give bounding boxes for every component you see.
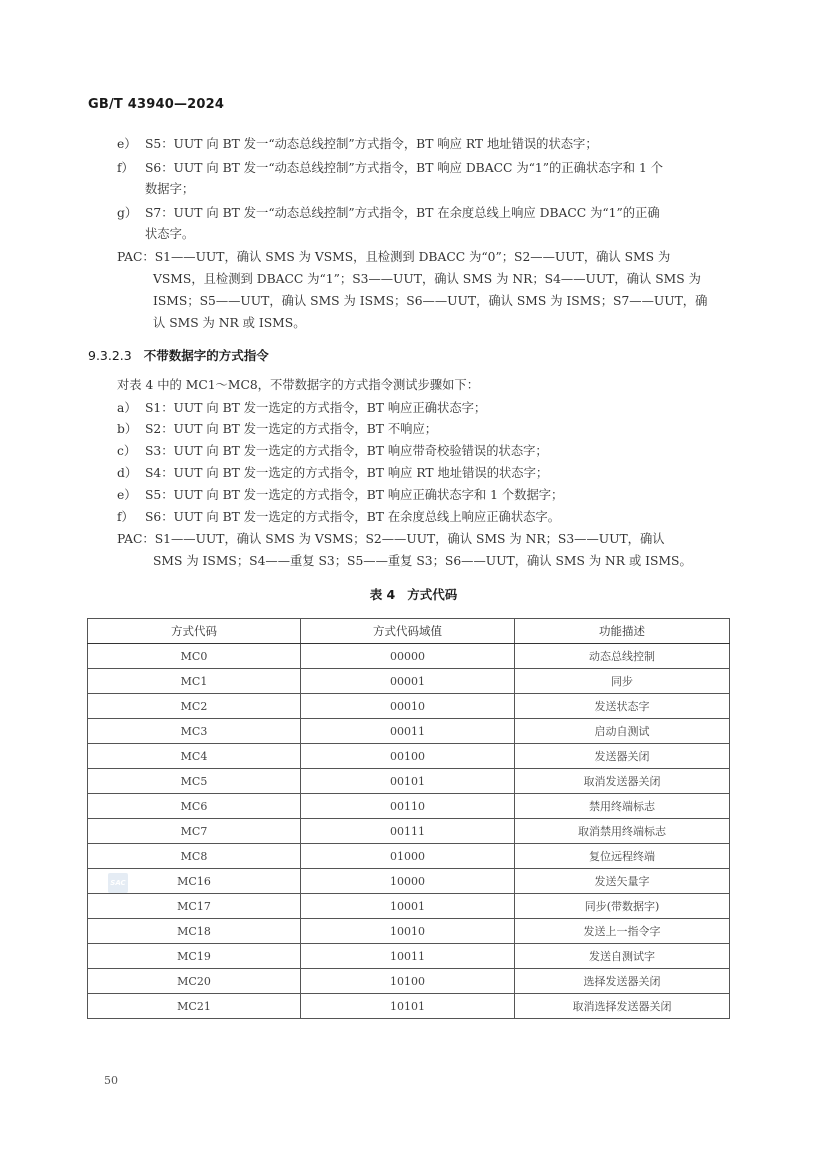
cell-code: MC5 (88, 769, 301, 794)
cell-code: MC17 (88, 894, 301, 919)
table-row: MC1810010发送上一指令字 (88, 919, 730, 944)
cell-code: MC21 (88, 994, 301, 1019)
list-label: f） (117, 509, 145, 525)
cell-value: 00110 (301, 794, 515, 819)
list-item-d: d）S4：UUT 向 BT 发一选定的方式指令，BT 响应 RT 地址错误的状态… (117, 465, 548, 481)
list-item-e: e）S5：UUT 向 BT 发一选定的方式指令，BT 响应正确状态字和 1 个数… (117, 487, 563, 503)
table-row: MC700111取消禁用终端标志 (88, 819, 730, 844)
list-label: d） (117, 465, 145, 481)
cell-value: 00000 (301, 644, 515, 669)
section-number: 9.3.2.3 (88, 348, 132, 363)
table-row: MC000000动态总线控制 (88, 644, 730, 669)
cell-code: MC2 (88, 694, 301, 719)
table-row: MC100001同步 (88, 669, 730, 694)
cell-value: 00011 (301, 719, 515, 744)
table-caption-title: 方式代码 (407, 587, 457, 602)
pac-line: PAC：S1——UUT，确认 SMS 为 VSMS；S2——UUT，确认 SMS… (117, 531, 665, 547)
cell-description: 取消发送器关闭 (515, 769, 730, 794)
cell-value: 10011 (301, 944, 515, 969)
section-intro: 对表 4 中的 MC1～MC8，不带数据字的方式指令测试步骤如下： (117, 377, 479, 393)
cell-description: 选择发送器关闭 (515, 969, 730, 994)
list-text: S6：UUT 向 BT 发一选定的方式指令，BT 在余度总线上响应正确状态字。 (145, 510, 560, 524)
list-label: e） (117, 487, 145, 503)
column-header-mode-code: 方式代码 (88, 619, 301, 644)
cell-description: 发送状态字 (515, 694, 730, 719)
list-text: S7：UUT 向 BT 发一“动态总线控制”方式指令，BT 在余度总线上响应 D… (145, 206, 660, 220)
cell-value: 01000 (301, 844, 515, 869)
list-item-g: g）S7：UUT 向 BT 发一“动态总线控制”方式指令，BT 在余度总线上响应… (117, 205, 660, 221)
pac-line: 认 SMS 为 NR 或 ISMS。 (153, 315, 306, 331)
cell-code: MC20 (88, 969, 301, 994)
table-row: MC600110禁用终端标志 (88, 794, 730, 819)
table-row: MC1910011发送自测试字 (88, 944, 730, 969)
cell-value: 00101 (301, 769, 515, 794)
list-text-continuation: 状态字。 (145, 226, 194, 242)
page-number: 50 (104, 1074, 118, 1087)
table-row: MC500101取消发送器关闭 (88, 769, 730, 794)
sac-watermark-icon: SAC (108, 873, 128, 893)
column-header-code-value: 方式代码域值 (301, 619, 515, 644)
list-text: S5：UUT 向 BT 发一“动态总线控制”方式指令，BT 响应 RT 地址错误… (145, 137, 598, 151)
list-text: S1：UUT 向 BT 发一选定的方式指令，BT 响应正确状态字； (145, 401, 486, 415)
list-text: S5：UUT 向 BT 发一选定的方式指令，BT 响应正确状态字和 1 个数据字… (145, 488, 563, 502)
cell-value: 10010 (301, 919, 515, 944)
cell-description: 发送矢量字 (515, 869, 730, 894)
list-label: f） (117, 160, 145, 176)
list-label: g） (117, 205, 145, 221)
cell-value: 10000 (301, 869, 515, 894)
list-item-c: c）S3：UUT 向 BT 发一选定的方式指令，BT 响应带奇校验错误的状态字； (117, 443, 548, 459)
table-row: MC300011启动自测试 (88, 719, 730, 744)
cell-description: 发送上一指令字 (515, 919, 730, 944)
pac-line: PAC：S1——UUT，确认 SMS 为 VSMS，且检测到 DBACC 为“0… (117, 249, 670, 265)
mode-code-table: 方式代码 方式代码域值 功能描述 MC000000动态总线控制 MC100001… (87, 618, 730, 1019)
cell-value: 00100 (301, 744, 515, 769)
table-row: MC2110101取消选择发送器关闭 (88, 994, 730, 1019)
cell-value: 00010 (301, 694, 515, 719)
cell-code: MC4 (88, 744, 301, 769)
pac-line: VSMS，且检测到 DBACC 为“1”；S3——UUT，确认 SMS 为 NR… (153, 271, 701, 287)
list-item-f: f）S6：UUT 向 BT 发一“动态总线控制”方式指令，BT 响应 DBACC… (117, 160, 663, 176)
cell-code: MC3 (88, 719, 301, 744)
list-label: c） (117, 443, 145, 459)
table-row: MC801000复位远程终端 (88, 844, 730, 869)
list-text: S6：UUT 向 BT 发一“动态总线控制”方式指令，BT 响应 DBACC 为… (145, 161, 663, 175)
cell-code: MC19 (88, 944, 301, 969)
list-label: a） (117, 400, 145, 416)
cell-description: 禁用终端标志 (515, 794, 730, 819)
table-row: MC2010100选择发送器关闭 (88, 969, 730, 994)
column-header-description: 功能描述 (515, 619, 730, 644)
cell-description: 同步 (515, 669, 730, 694)
list-item-b: b）S2：UUT 向 BT 发一选定的方式指令，BT 不响应； (117, 421, 437, 437)
pac-line: SMS 为 ISMS；S4——重复 S3；S5——重复 S3；S6——UUT，确… (153, 553, 692, 569)
document-id: GB/T 43940—2024 (88, 97, 224, 112)
table-row: MC400100发送器关闭 (88, 744, 730, 769)
cell-code: MC6 (88, 794, 301, 819)
cell-description: 取消禁用终端标志 (515, 819, 730, 844)
table-caption-number: 表 4 (370, 587, 396, 602)
cell-code: MC18 (88, 919, 301, 944)
cell-description: 发送器关闭 (515, 744, 730, 769)
cell-value: 10001 (301, 894, 515, 919)
cell-description: 发送自测试字 (515, 944, 730, 969)
cell-value: 00001 (301, 669, 515, 694)
section-title: 不带数据字的方式指令 (144, 348, 269, 363)
cell-description: 动态总线控制 (515, 644, 730, 669)
list-item-a: a）S1：UUT 向 BT 发一选定的方式指令，BT 响应正确状态字； (117, 400, 486, 416)
cell-description: 启动自测试 (515, 719, 730, 744)
table-row: MC200010发送状态字 (88, 694, 730, 719)
list-text: S4：UUT 向 BT 发一选定的方式指令，BT 响应 RT 地址错误的状态字； (145, 466, 548, 480)
list-label: e） (117, 136, 145, 152)
list-text-continuation: 数据字； (145, 181, 194, 197)
list-item-e: e）S5：UUT 向 BT 发一“动态总线控制”方式指令，BT 响应 RT 地址… (117, 136, 598, 152)
cell-code: MC0 (88, 644, 301, 669)
cell-value: 00111 (301, 819, 515, 844)
list-item-f: f）S6：UUT 向 BT 发一选定的方式指令，BT 在余度总线上响应正确状态字… (117, 509, 560, 525)
table-header-row: 方式代码 方式代码域值 功能描述 (88, 619, 730, 644)
table-row: MC1610000发送矢量字 (88, 869, 730, 894)
cell-code: MC1 (88, 669, 301, 694)
cell-description: 复位远程终端 (515, 844, 730, 869)
list-text: S3：UUT 向 BT 发一选定的方式指令，BT 响应带奇校验错误的状态字； (145, 444, 548, 458)
list-text: S2：UUT 向 BT 发一选定的方式指令，BT 不响应； (145, 422, 437, 436)
cell-description: 同步(带数据字) (515, 894, 730, 919)
table-caption: 表 4方式代码 (0, 585, 827, 603)
section-heading: 9.3.2.3不带数据字的方式指令 (88, 346, 269, 364)
cell-code: MC8 (88, 844, 301, 869)
table-row: MC1710001同步(带数据字) (88, 894, 730, 919)
cell-value: 10100 (301, 969, 515, 994)
list-label: b） (117, 421, 145, 437)
pac-line: ISMS；S5——UUT，确认 SMS 为 ISMS；S6——UUT，确认 SM… (153, 293, 707, 309)
cell-description: 取消选择发送器关闭 (515, 994, 730, 1019)
cell-value: 10101 (301, 994, 515, 1019)
cell-code: MC7 (88, 819, 301, 844)
